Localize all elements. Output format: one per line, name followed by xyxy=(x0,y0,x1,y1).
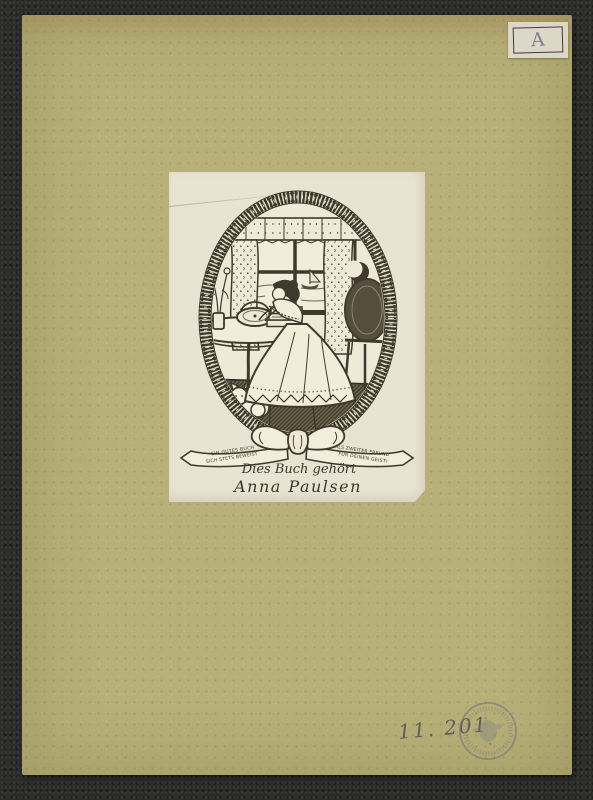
scan-background: { "scan": { "background_color": "#2b2b29… xyxy=(0,0,593,800)
wall-picture-frame xyxy=(189,242,210,271)
caption-group: Dies Buch gehört Anna Paulsen xyxy=(232,462,362,496)
card-top-discoloration xyxy=(22,15,572,41)
caption-text: Dies Buch gehört xyxy=(241,462,357,477)
index-label-border: A xyxy=(513,26,564,53)
bookplate-paper: EIN GUTES BUCH SICH STETS BEWEIST ALS ZW… xyxy=(169,172,425,502)
collection-stamp-icon xyxy=(451,694,525,768)
index-label-sticker: A xyxy=(508,22,568,58)
collection-stamp xyxy=(451,694,525,768)
index-label-letter: A xyxy=(531,30,546,50)
owner-name: Anna Paulsen xyxy=(232,477,362,496)
bookplate-artwork: EIN GUTES BUCH SICH STETS BEWEIST ALS ZW… xyxy=(169,172,425,502)
